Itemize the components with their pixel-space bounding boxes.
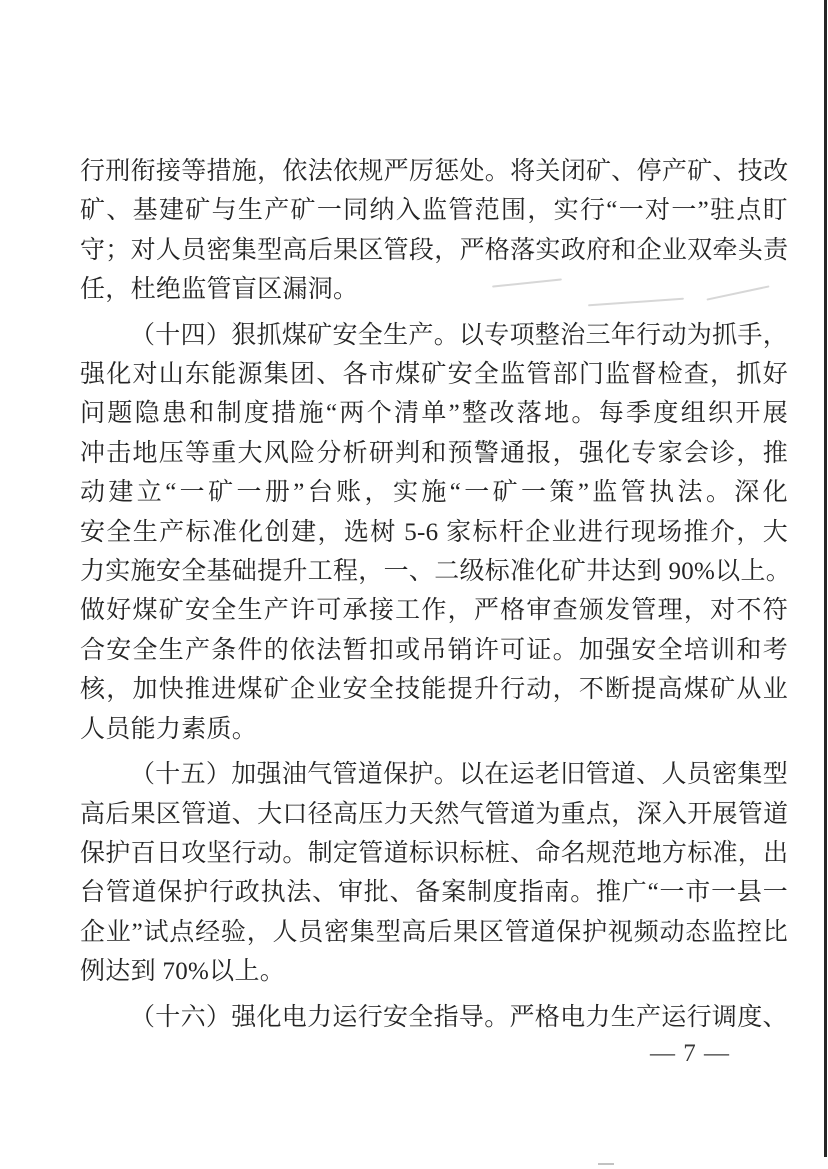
text-line: 任，杜绝监管盲区漏洞。 <box>80 270 788 309</box>
scan-edge-line <box>824 0 827 1157</box>
document-body: 行刑衔接等措施，依法依规严厉惩处。将关闭矿、停产矿、技改矿、基建矿与生产矿一同纳… <box>80 152 788 1037</box>
text-line: 高后果区管道、大口径高压力天然气管道为重点，深入开展管道 <box>80 795 788 834</box>
text-line: 力实施安全基础提升工程，一、二级标准化矿井达到 90%以上。 <box>80 552 788 591</box>
text-line: 冲击地压等重大风险分析研判和预警通报，强化专家会诊，推 <box>80 434 788 473</box>
text-line: 做好煤矿安全生产许可承接工作，严格审查颁发管理，对不符 <box>80 591 788 630</box>
text-line: 行刑衔接等措施，依法依规严厉惩处。将关闭矿、停产矿、技改 <box>80 152 788 191</box>
text-line: 合安全生产条件的依法暂扣或吊销许可证。加强安全培训和考 <box>80 631 788 670</box>
paragraph: 行刑衔接等措施，依法依规严厉惩处。将关闭矿、停产矿、技改矿、基建矿与生产矿一同纳… <box>80 152 788 310</box>
scan-smudge-artifact <box>598 1163 614 1165</box>
text-line: （十四）狠抓煤矿安全生产。以专项整治三年行动为抓手， <box>80 316 788 355</box>
paragraph: （十六）强化电力运行安全指导。严格电力生产运行调度、 <box>80 998 788 1037</box>
text-line: （十六）强化电力运行安全指导。严格电力生产运行调度、 <box>80 998 788 1037</box>
text-line: （十五）加强油气管道保护。以在运老旧管道、人员密集型 <box>80 755 788 794</box>
page-number: — 7 — <box>640 1040 740 1068</box>
text-line: 动建立“一矿一册”台账，实施“一矿一策”监管执法。深化 <box>80 473 788 512</box>
text-line: 核，加快推进煤矿企业安全技能提升行动，不断提高煤矿从业 <box>80 670 788 709</box>
text-line: 强化对山东能源集团、各市煤矿安全监管部门监督检查，抓好 <box>80 355 788 394</box>
paragraph: （十四）狠抓煤矿安全生产。以专项整治三年行动为抓手，强化对山东能源集团、各市煤矿… <box>80 316 788 749</box>
text-line: 问题隐患和制度措施“两个清单”整改落地。每季度组织开展 <box>80 394 788 433</box>
text-line: 人员能力素质。 <box>80 710 788 749</box>
document-page: 行刑衔接等措施，依法依规严厉惩处。将关闭矿、停产矿、技改矿、基建矿与生产矿一同纳… <box>0 0 828 1169</box>
text-line: 例达到 70%以上。 <box>80 952 788 991</box>
text-line: 保护百日攻坚行动。制定管道标识标桩、命名规范地方标准，出 <box>80 834 788 873</box>
text-line: 安全生产标准化创建，选树 5-6 家标杆企业进行现场推介，大 <box>80 513 788 552</box>
text-line: 企业”试点经验，人员密集型高后果区管道保护视频动态监控比 <box>80 913 788 952</box>
text-line: 台管道保护行政执法、审批、备案制度指南。推广“一市一县一 <box>80 873 788 912</box>
paragraph: （十五）加强油气管道保护。以在运老旧管道、人员密集型高后果区管道、大口径高压力天… <box>80 755 788 991</box>
text-line: 守；对人员密集型高后果区管段，严格落实政府和企业双牵头责 <box>80 231 788 270</box>
text-line: 矿、基建矿与生产矿一同纳入监管范围，实行“一对一”驻点盯 <box>80 191 788 230</box>
